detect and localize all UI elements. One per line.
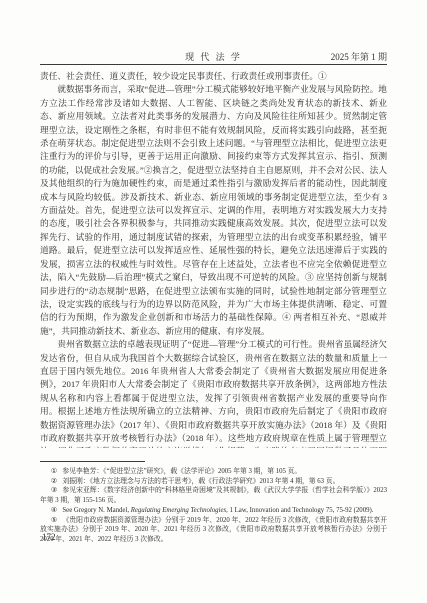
footnote-marker: ⑤	[51, 517, 57, 524]
page-number: 172	[42, 532, 56, 542]
footnote-text-italic: Regulating Emerging Technologies	[131, 507, 226, 514]
body-paragraph-continuation: 责任、社会责任、道义责任，较少设定民事责任、行政责任或刑事责任。①	[40, 70, 387, 83]
journal-page: 现 代 法 学 2025 年第 1 期 责任、社会责任、道义责任，较少设定民事责…	[0, 0, 427, 603]
footnote-text: 参见李艳芳：《“促进型立法”研究》，载《法学评论》2005 年第 3 期，第 1…	[62, 468, 301, 475]
footnote: ④See Gregory N. Mandel, Regulating Emerg…	[40, 506, 387, 516]
body-paragraph: 贵州省数据立法的卓越表现证明了“促进—管理”分工模式的可行性。贵州省虽属经济欠发…	[40, 338, 387, 448]
footnote-marker: ③	[51, 487, 57, 494]
footnote-marker: ④	[51, 507, 57, 514]
footnote: ②刘振刚：《地方立法理念与方法的若干思考》，载《行政法学研究》2013 年第 4…	[40, 477, 387, 487]
footnote-marker: ②	[51, 478, 57, 485]
footnote-text: 《贵阳市政府数据资源管理办法》分别于 2019 年、2020 年、2022 年经…	[40, 517, 387, 543]
footnote-text: 参见宋亚辉：《数字经济创新中的“科林格里奇困境”及其规制》，载《武汉大学学报（哲…	[40, 487, 387, 504]
footnote-text: See Gregory N. Mandel,	[62, 507, 130, 514]
footnote-separator-rule	[40, 461, 145, 462]
running-head: 现 代 法 学 2025 年第 1 期	[40, 50, 387, 63]
footnotes: ①参见李艳芳：《“促进型立法”研究》，载《法学评论》2005 年第 3 期，第 …	[40, 467, 387, 545]
footnote: ⑤《贵阳市政府数据资源管理办法》分别于 2019 年、2020 年、2022 年…	[40, 516, 387, 545]
body-paragraph: 就数据事务而言，采取“促进—管理”分工模式能够较好地平衡产业发展与风险防控。地方…	[40, 83, 387, 338]
footnote-text: 刘振刚：《地方立法理念与方法的若干思考》，载《行政法学研究》2013 年第 4 …	[62, 478, 339, 485]
footnote: ①参见李艳芳：《“促进型立法”研究》，载《法学评论》2005 年第 3 期，第 …	[40, 467, 387, 477]
article-body: 责任、社会责任、道义责任，较少设定民事责任、行政责任或刑事责任。① 就数据事务而…	[40, 70, 387, 448]
journal-title: 现 代 法 学	[156, 50, 272, 63]
footnote-text: , 1 Law, Innovation and Technology 75, 7…	[226, 507, 373, 514]
footnote: ③参见宋亚辉：《数字经济创新中的“科林格里奇困境”及其规制》，载《武汉大学学报（…	[40, 486, 387, 505]
header-rule	[40, 64, 387, 65]
issue-label: 2025 年第 1 期	[271, 50, 387, 63]
footnote-marker: ①	[51, 468, 57, 475]
